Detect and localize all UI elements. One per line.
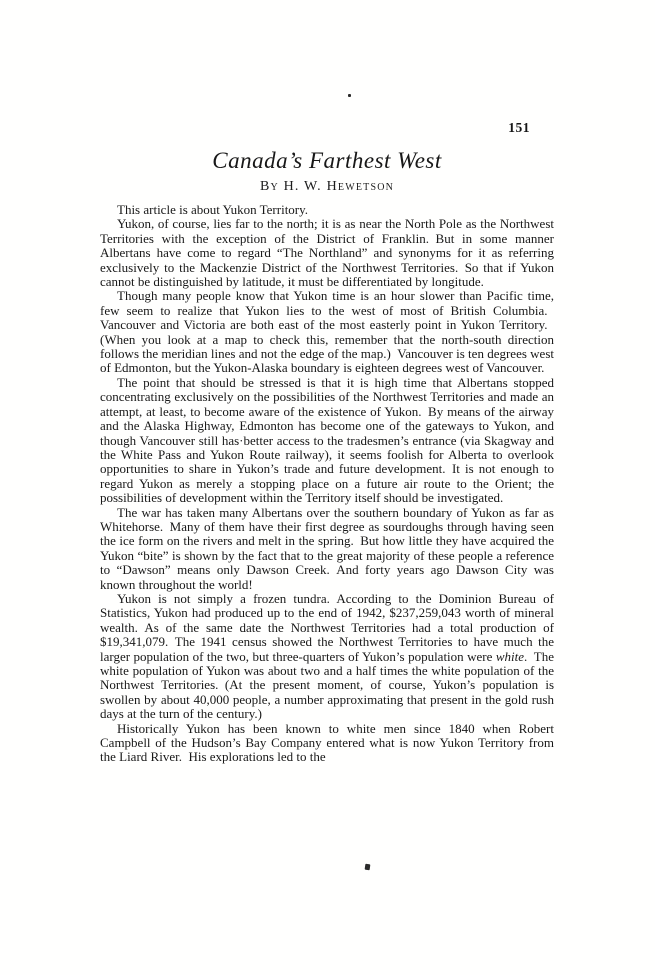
article: Canada’s Farthest West By H. W. Hewetson… xyxy=(100,147,554,765)
text-segment: Yukon, of course, lies far to the north;… xyxy=(100,216,554,289)
text-segment: The point that should be stressed is tha… xyxy=(100,375,554,505)
italic-text: white xyxy=(496,649,524,664)
paragraph: This article is about Yukon Territory. xyxy=(100,203,554,217)
ink-speck xyxy=(365,864,371,871)
paragraph: The war has taken many Albertans over th… xyxy=(100,506,554,592)
text-segment: The war has taken many Albertans over th… xyxy=(100,505,554,592)
paragraph: Historically Yukon has been known to whi… xyxy=(100,722,554,765)
paragraph: The point that should be stressed is tha… xyxy=(100,376,554,506)
byline: By H. W. Hewetson xyxy=(100,179,554,194)
text-segment: Historically Yukon has been known to whi… xyxy=(100,721,554,765)
paragraph: Though many people know that Yukon time … xyxy=(100,289,554,375)
scanned-document-page: 151 Canada’s Farthest West By H. W. Hewe… xyxy=(0,0,655,975)
ink-speck xyxy=(348,94,351,97)
text-segment: This article is about Yukon Territory. xyxy=(117,202,308,217)
text-segment: Yukon is not simply a frozen tundra. Acc… xyxy=(100,591,554,664)
article-body: This article is about Yukon Territory.Yu… xyxy=(100,203,554,765)
article-title: Canada’s Farthest West xyxy=(100,147,554,174)
paragraph: Yukon is not simply a frozen tundra. Acc… xyxy=(100,592,554,722)
text-segment: Though many people know that Yukon time … xyxy=(100,288,554,375)
paragraph: Yukon, of course, lies far to the north;… xyxy=(100,217,554,289)
page-number: 151 xyxy=(508,120,530,136)
